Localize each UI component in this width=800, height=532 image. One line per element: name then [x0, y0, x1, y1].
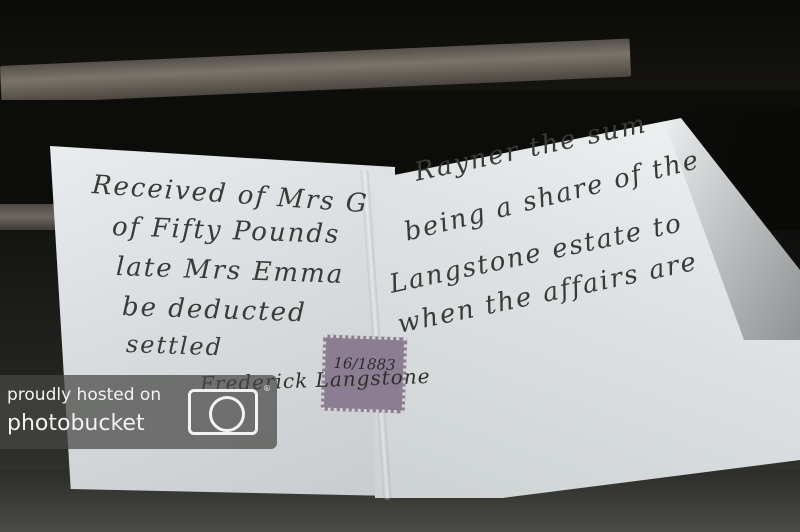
- photo-scene: Received of Mrs G of Fifty Pounds late M…: [0, 0, 800, 532]
- watermark-line2: photobucket: [7, 411, 145, 436]
- handwriting-line: be deducted: [121, 292, 307, 328]
- camera-icon: [188, 389, 258, 435]
- handwriting-line: settled: [126, 330, 224, 361]
- watermark-line1: proudly hosted on: [7, 385, 161, 405]
- photobucket-watermark: proudly hosted on photobucket: [0, 375, 277, 449]
